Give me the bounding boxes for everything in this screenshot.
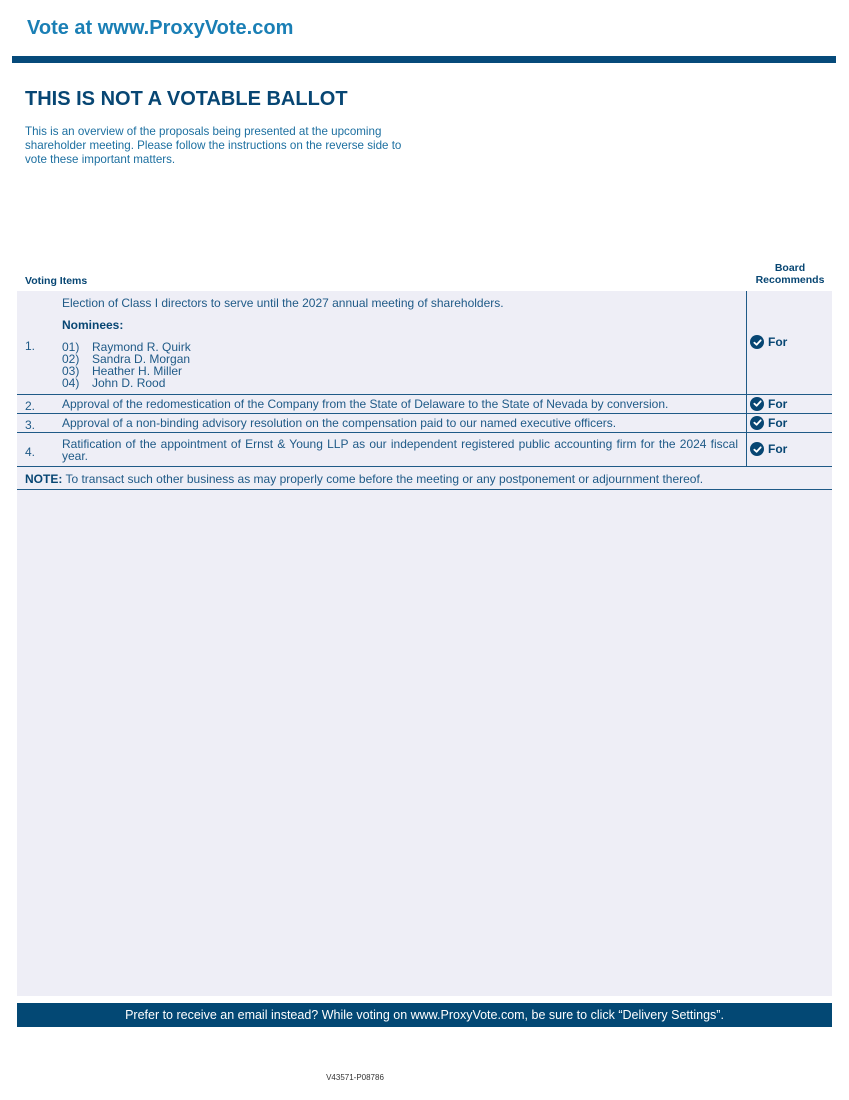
recommendation-label: For	[768, 442, 787, 456]
note-text: To transact such other business as may p…	[62, 472, 703, 486]
item-number: 2.	[17, 395, 62, 414]
board-recommendation: For	[747, 395, 833, 414]
banner-text: Prefer to receive an email instead? Whil…	[125, 1008, 724, 1022]
nominee: 04)John D. Rood	[62, 377, 738, 389]
item-description: Election of Class I directors to serve u…	[62, 291, 747, 395]
proxyvote-link[interactable]: Vote at www.ProxyVote.com	[27, 17, 293, 40]
item-text: Election of Class I directors to serve u…	[62, 297, 738, 309]
item-description: Approval of the redomestication of the C…	[62, 395, 747, 414]
item-description: Ratification of the appointment of Ernst…	[62, 433, 747, 467]
board-recommendation: For	[747, 433, 833, 467]
nominee-number: 04)	[62, 377, 92, 389]
note-label: NOTE:	[25, 472, 62, 486]
table-row: 4. Ratification of the appointment of Er…	[17, 433, 832, 467]
note-row: NOTE: To transact such other business as…	[17, 467, 832, 490]
table-row: 2. Approval of the redomestication of th…	[17, 395, 832, 414]
check-circle-icon	[750, 416, 764, 430]
nominee-name: John D. Rood	[92, 376, 165, 390]
board-recommendation: For	[747, 414, 833, 433]
table-row: 3. Approval of a non-binding advisory re…	[17, 414, 832, 433]
recommendation-label: For	[768, 335, 787, 349]
board-recommendation: For	[747, 291, 833, 395]
document-code: V43571-P08786	[0, 1073, 710, 1082]
column-header-board-recommends: Board Recommends	[748, 262, 832, 286]
note: NOTE: To transact such other business as…	[17, 467, 832, 490]
delivery-settings-banner: Prefer to receive an email instead? Whil…	[17, 1003, 832, 1027]
nominees-label: Nominees:	[62, 319, 738, 331]
item-number: 1.	[17, 291, 62, 395]
table-row: 1. Election of Class I directors to serv…	[17, 291, 832, 395]
column-header-voting-items: Voting Items	[25, 275, 87, 287]
intro-text: This is an overview of the proposals bei…	[25, 125, 425, 167]
voting-items-table: 1. Election of Class I directors to serv…	[17, 291, 832, 490]
check-circle-icon	[750, 442, 764, 456]
item-description: Approval of a non-binding advisory resol…	[62, 414, 747, 433]
check-circle-icon	[750, 397, 764, 411]
page-title: THIS IS NOT A VOTABLE BALLOT	[25, 88, 348, 111]
recommendation-label: For	[768, 416, 787, 430]
header-rule	[12, 56, 836, 63]
item-number: 4.	[17, 433, 62, 467]
check-circle-icon	[750, 335, 764, 349]
recommendation-label: For	[768, 397, 787, 411]
item-number: 3.	[17, 414, 62, 433]
